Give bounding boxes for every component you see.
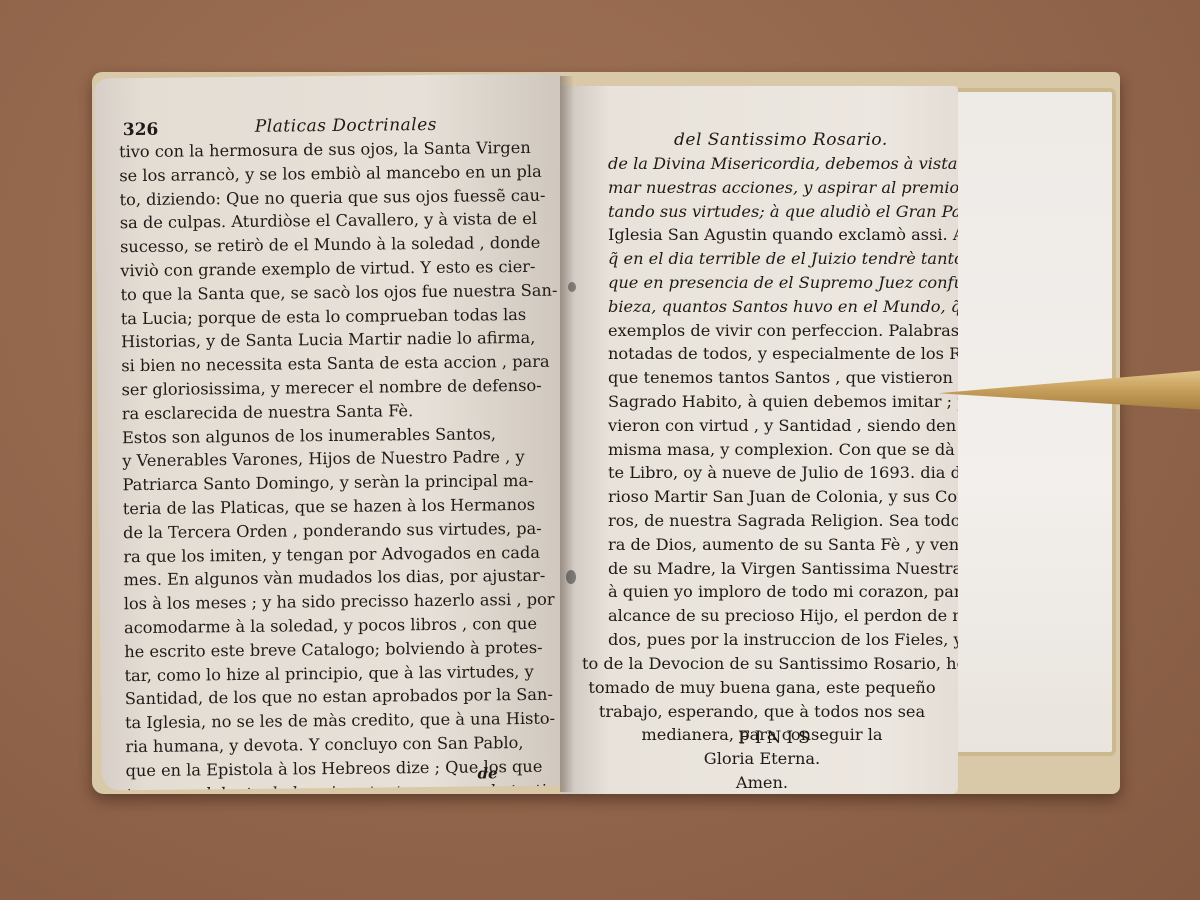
text-line: tomado de muy buena gana, este pequeño xyxy=(582,676,942,700)
right-page: del Santissimo Rosario. de la Divina Mis… xyxy=(562,86,958,794)
text-line: dos, pues por la instruccion de los Fiel… xyxy=(608,628,958,652)
text-line: Amen. xyxy=(582,771,942,794)
text-line: to de la Devocion de su Santissimo Rosar… xyxy=(582,652,942,676)
left-page: 326 Platicas Doctrinales tivo con la her… xyxy=(94,74,569,791)
closing-text: to de la Devocion de su Santissimo Rosar… xyxy=(582,652,942,794)
text-line: ros, de nuestra Sagrada Religion. Sea to… xyxy=(608,509,958,533)
text-line: trabajo, esperando, que à todos nos sea xyxy=(582,700,942,724)
paper-stain xyxy=(568,282,576,292)
text-line: alcance de su precioso Hijo, el perdon d… xyxy=(608,604,958,628)
text-line: que en presencia de el Supremo Juez conf… xyxy=(608,271,958,295)
running-head-left: Platicas Doctrinales xyxy=(255,115,437,137)
text-line: mar nuestras acciones, y aspirar al prem… xyxy=(608,176,958,200)
backing-sheet xyxy=(940,88,1116,756)
text-line: te Libro, oy à nueve de Julio de 1693. d… xyxy=(608,461,958,485)
paper-stain xyxy=(566,570,576,584)
left-page-text: tivo con la hermosura de sus ojos, la Sa… xyxy=(119,136,556,791)
text-line: que tenemos tantos Santos , que vistiero… xyxy=(608,366,958,390)
text-line: tando sus virtudes; à que aludiò el Gran… xyxy=(608,200,958,224)
text-line: bieza, quantos Santos huvo en el Mundo, … xyxy=(608,295,958,319)
text-line: misma masa, y complexion. Con que se dà … xyxy=(608,438,958,462)
text-line: de su Madre, la Virgen Santissima Nuestr… xyxy=(608,557,958,581)
right-page-text: de la Divina Misericordia, debemos à vis… xyxy=(608,152,958,652)
text-line: de la Divina Misericordia, debemos à vis… xyxy=(608,152,958,176)
text-line: notadas de todos, y especialmente de los… xyxy=(608,342,958,366)
text-line: exemplos de vivir con perfeccion. Palabr… xyxy=(608,319,958,343)
text-line: ra de Dios, aumento de su Santa Fè , y v… xyxy=(608,533,958,557)
text-line: vieron con virtud , y Santidad , siendo … xyxy=(608,414,958,438)
text-line: à quien yo imploro de todo mi corazon, p… xyxy=(608,580,958,604)
text-line: rioso Martir San Juan de Colonia, y sus … xyxy=(608,485,958,509)
text-line: Iglesia San Agustin quando exclamò assi.… xyxy=(608,223,958,247)
page-number: 326 xyxy=(123,120,159,140)
text-line: ser gloriosissima, y merecer el nombre d… xyxy=(121,374,551,402)
text-line: q̃ en el dia terrible de el Juizio tendr… xyxy=(608,247,958,271)
text-line: Gloria Eterna. xyxy=(582,747,942,771)
book-gutter xyxy=(560,76,574,792)
text-line: Sagrado Habito, à quien debemos imitar ;… xyxy=(608,390,958,414)
catchword: de xyxy=(477,764,497,782)
running-head-right: del Santissimo Rosario. xyxy=(674,130,888,150)
finis-label: FINIS xyxy=(738,728,815,748)
